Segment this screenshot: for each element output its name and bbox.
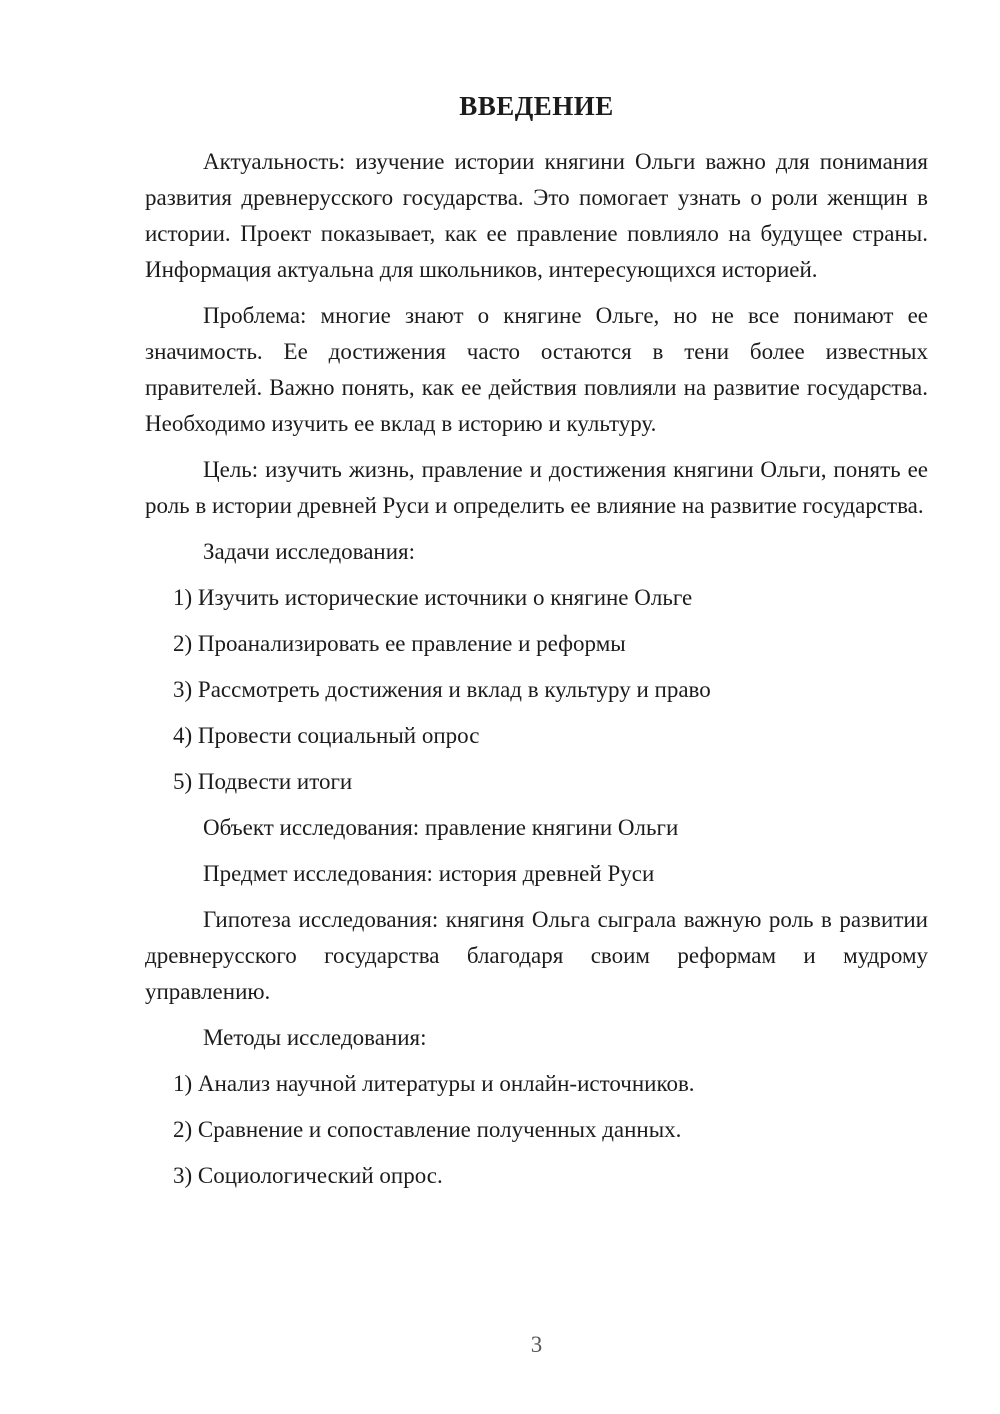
list-item: 3) Социологический опрос. <box>145 1158 928 1194</box>
paragraph: Цель: изучить жизнь, правление и достиже… <box>145 452 928 524</box>
document-page: ВВЕДЕНИЕ Актуальность: изучение истории … <box>0 0 1000 1414</box>
list-item: 2) Проанализировать ее правление и рефор… <box>145 626 928 662</box>
paragraph: Предмет исследования: история древней Ру… <box>145 856 928 892</box>
paragraph: Методы исследования: <box>145 1020 928 1056</box>
list-item: 1) Анализ научной литературы и онлайн-ис… <box>145 1066 928 1102</box>
paragraph: Объект исследования: правление княгини О… <box>145 810 928 846</box>
list-item: 5) Подвести итоги <box>145 764 928 800</box>
paragraph: Проблема: многие знают о княгине Ольге, … <box>145 298 928 442</box>
list-item: 3) Рассмотреть достижения и вклад в куль… <box>145 672 928 708</box>
paragraph: Гипотеза исследования: княгиня Ольга сыг… <box>145 902 928 1010</box>
list-item: 4) Провести социальный опрос <box>145 718 928 754</box>
paragraph: Задачи исследования: <box>145 534 928 570</box>
page-number: 3 <box>145 1330 928 1360</box>
list-item: 2) Сравнение и сопоставление полученных … <box>145 1112 928 1148</box>
paragraph-container: Актуальность: изучение истории княгини О… <box>145 144 928 1194</box>
paragraph: Актуальность: изучение истории княгини О… <box>145 144 928 288</box>
document-content: ВВЕДЕНИЕ Актуальность: изучение истории … <box>145 90 928 1204</box>
list-item: 1) Изучить исторические источники о княг… <box>145 580 928 616</box>
page-title: ВВЕДЕНИЕ <box>145 90 928 122</box>
